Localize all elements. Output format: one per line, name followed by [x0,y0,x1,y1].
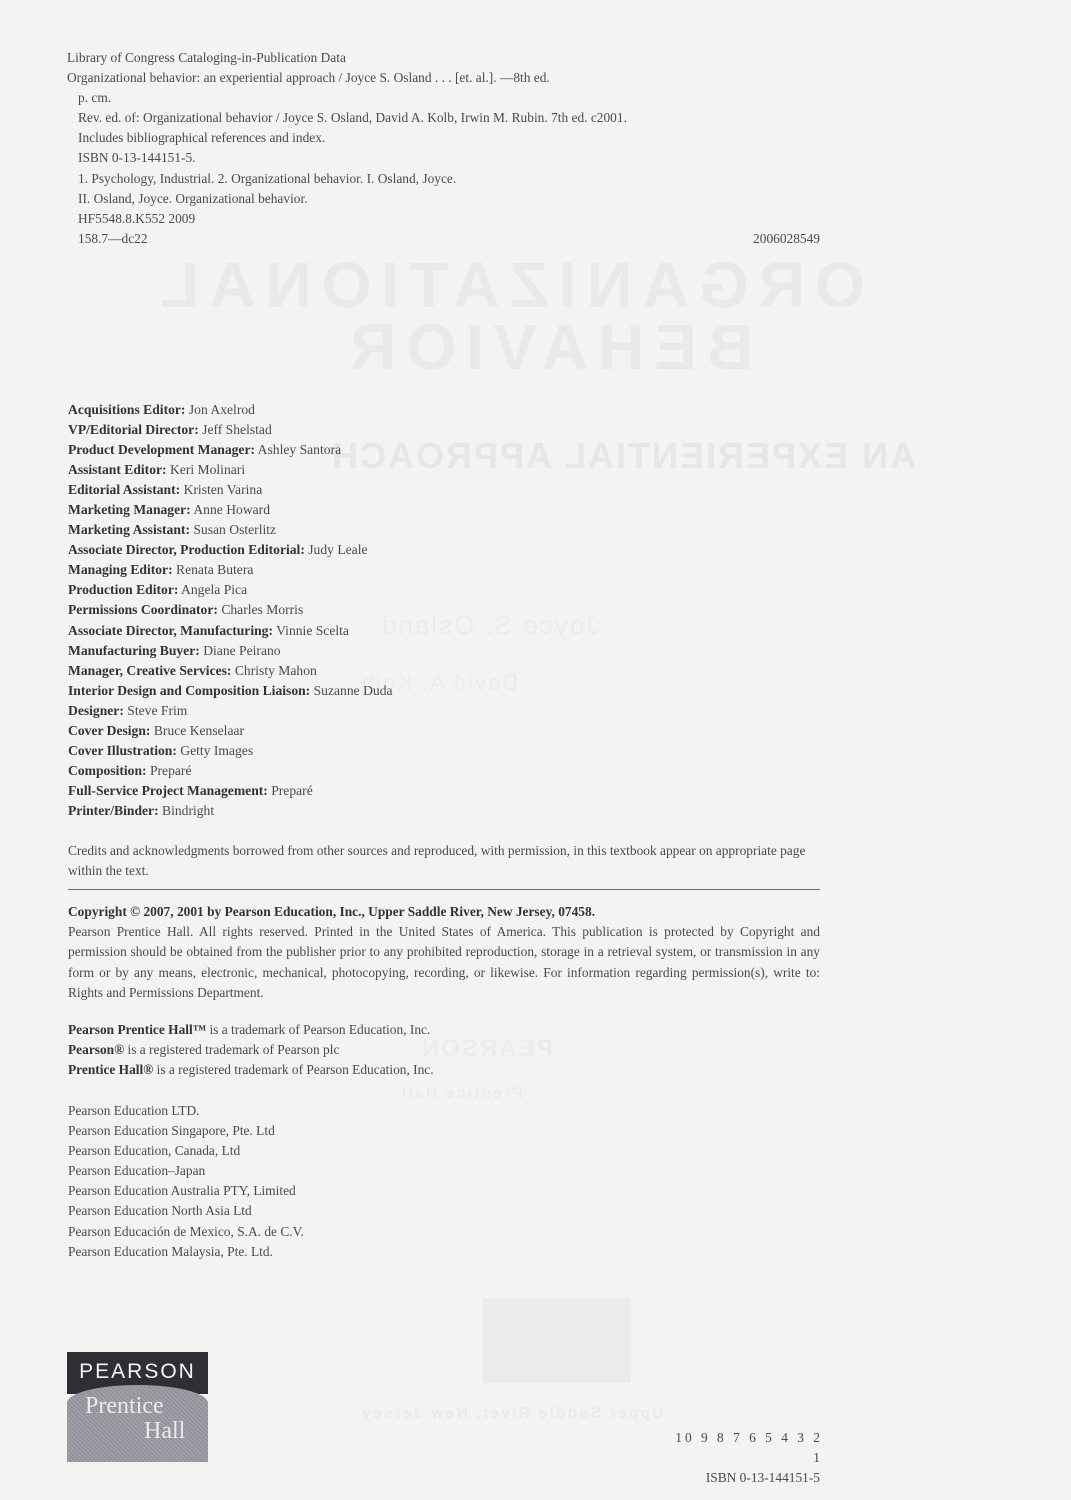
imprint-isbn: ISBN 0-13-144151-5 [660,1468,820,1488]
credit-row: Managing Editor: Renata Butera [68,560,393,580]
credit-name: Jeff Shelstad [202,422,272,437]
credit-role: Assistant Editor: [68,462,167,477]
divider-rule [68,889,820,890]
credit-name: Diane Peirano [203,643,280,658]
credit-name: Vinnie Scelta [276,623,349,638]
bleed-through-location: Upper Saddle River, New Jersey [360,1405,664,1423]
office-item: Pearson Educación de Mexico, S.A. de C.V… [68,1222,304,1242]
credit-row: Cover Illustration: Getty Images [68,741,393,761]
credit-role: Interior Design and Composition Liaison: [68,683,310,698]
credit-role: Associate Director, Manufacturing: [68,623,273,638]
credit-role: Manufacturing Buyer: [68,643,200,658]
credit-row: Manufacturing Buyer: Diane Peirano [68,641,393,661]
credit-role: Editorial Assistant: [68,482,180,497]
trademark-line: Pearson® is a registered trademark of Pe… [68,1040,434,1060]
credit-row: Production Editor: Angela Pica [68,580,393,600]
credit-role: Printer/Binder: [68,803,159,818]
credit-role: Acquisitions Editor: [68,402,185,417]
credit-name: Preparé [271,783,313,798]
credit-name: Angela Pica [181,582,247,597]
bleed-through-title-2: BEHAVIOR [340,310,753,384]
cip-heading: Library of Congress Cataloging-in-Public… [67,48,827,68]
cip-main-entry: Organizational behavior: an experiential… [67,68,827,88]
credit-row: Product Development Manager: Ashley Sant… [68,440,393,460]
credit-row: Full-Service Project Management: Preparé [68,781,393,801]
logo-hall: Hall [144,1418,185,1444]
office-item: Pearson Education North Asia Ltd [68,1201,304,1221]
credit-name: Charles Morris [221,602,303,617]
credit-role: Managing Editor: [68,562,173,577]
office-item: Pearson Education, Canada, Ltd [68,1141,304,1161]
credit-row: Acquisitions Editor: Jon Axelrod [68,400,393,420]
copyright-body: Pearson Prentice Hall. All rights reserv… [68,924,820,1000]
cip-isbn: ISBN 0-13-144151-5. [67,148,827,168]
bleed-through-author-1: Joyce S. Osland [380,610,599,641]
credit-row: Editorial Assistant: Kristen Varina [68,480,393,500]
trademark-line: Prentice Hall® is a registered trademark… [68,1060,434,1080]
credit-name: Kristen Varina [184,482,263,497]
bleed-through-subtitle: AN EXPERIENTIAL APPROACH [330,435,916,477]
credit-row: Printer/Binder: Bindright [68,801,393,821]
credit-role: Permissions Coordinator: [68,602,218,617]
credit-name: Christy Mahon [235,663,317,678]
credit-name: Judy Leale [308,542,367,557]
credit-role: Manager, Creative Services: [68,663,231,678]
credit-name: Preparé [150,763,192,778]
trademark-mark: Pearson® [68,1042,124,1057]
acknowledgment-note: Credits and acknowledgments borrowed fro… [68,841,820,881]
credit-name: Anne Howard [193,502,270,517]
credit-role: Cover Illustration: [68,743,177,758]
credit-row: Marketing Assistant: Susan Osterlitz [68,520,393,540]
copyright-block: Copyright © 2007, 2001 by Pearson Educat… [68,902,820,1003]
pearson-prentice-hall-logo: PEARSON Prentice Hall [67,1352,208,1462]
credit-row: Composition: Preparé [68,761,393,781]
cip-note-revision: Rev. ed. of: Organizational behavior / J… [67,108,827,128]
credit-role: Production Editor: [68,582,178,597]
trademark-text: is a trademark of Pearson Education, Inc… [206,1022,430,1037]
credit-role: Associate Director, Production Editorial… [68,542,305,557]
credit-role: Marketing Manager: [68,502,191,517]
office-item: Pearson Education Malaysia, Pte. Ltd. [68,1242,304,1262]
cip-added-entry: II. Osland, Joyce. Organizational behavi… [67,189,827,209]
office-item: Pearson Education–Japan [68,1161,304,1181]
cip-dewey: 158.7—dc22 [78,229,148,249]
credit-name: Bindright [162,803,214,818]
cip-lccn: 2006028549 [753,229,820,249]
credit-name: Bruce Kenselaar [154,723,244,738]
cip-data-block: Library of Congress Cataloging-in-Public… [67,48,827,249]
office-item: Pearson Education Singapore, Pte. Ltd [68,1121,304,1141]
bleed-through-publisher: PEARSON [420,1035,553,1063]
cip-physical: p. cm. [67,88,827,108]
credit-row: Cover Design: Bruce Kenselaar [68,721,393,741]
credit-name: Ashley Santora [258,442,341,457]
credit-row: Marketing Manager: Anne Howard [68,500,393,520]
credit-name: Susan Osterlitz [193,522,276,537]
credit-name: Suzanne Duda [314,683,393,698]
credit-role: Product Development Manager: [68,442,255,457]
credit-role: Full-Service Project Management: [68,783,268,798]
credit-role: Designer: [68,703,124,718]
credit-role: Marketing Assistant: [68,522,190,537]
credit-row: Interior Design and Composition Liaison:… [68,681,393,701]
credit-row: Associate Director, Production Editorial… [68,540,393,560]
cip-subjects: 1. Psychology, Industrial. 2. Organizati… [67,169,827,189]
staff-credits: Acquisitions Editor: Jon AxelrodVP/Edito… [68,400,393,821]
credit-name: Renata Butera [176,562,253,577]
trademark-notices: Pearson Prentice Hall™ is a trademark of… [68,1020,434,1080]
trademark-text: is a registered trademark of Pearson Edu… [153,1062,433,1077]
trademark-line: Pearson Prentice Hall™ is a trademark of… [68,1020,434,1040]
credit-row: Designer: Steve Frim [68,701,393,721]
credit-row: Permissions Coordinator: Charles Morris [68,600,393,620]
trademark-mark: Pearson Prentice Hall™ [68,1022,206,1037]
cip-lc-class: HF5548.8.K552 2009 [67,209,827,229]
office-item: Pearson Education Australia PTY, Limited [68,1181,304,1201]
credit-name: Keri Molinari [170,462,245,477]
credit-role: VP/Editorial Director: [68,422,199,437]
credit-row: Associate Director, Manufacturing: Vinni… [68,621,393,641]
logo-prentice: Prentice [85,1393,164,1419]
credit-name: Getty Images [180,743,253,758]
trademark-mark: Prentice Hall® [68,1062,153,1077]
credit-role: Cover Design: [68,723,150,738]
bleed-through-logo [483,1298,631,1383]
printing-imprint: 10 9 8 7 6 5 4 3 2 1 ISBN 0-13-144151-5 [660,1428,820,1488]
credit-name: Steve Frim [127,703,187,718]
copyright-heading: Copyright © 2007, 2001 by Pearson Educat… [68,902,820,922]
trademark-text: is a registered trademark of Pearson plc [124,1042,339,1057]
bleed-through-imprint: Prentice Hall [400,1085,523,1103]
cip-note-bibliography: Includes bibliographical references and … [67,128,827,148]
office-item: Pearson Education LTD. [68,1101,304,1121]
credit-row: Assistant Editor: Keri Molinari [68,460,393,480]
pearson-offices-list: Pearson Education LTD.Pearson Education … [68,1101,304,1262]
credit-name: Jon Axelrod [189,402,255,417]
credit-row: Manager, Creative Services: Christy Maho… [68,661,393,681]
credit-row: VP/Editorial Director: Jeff Shelstad [68,420,393,440]
print-line: 10 9 8 7 6 5 4 3 2 1 [660,1428,823,1468]
credit-role: Composition: [68,763,147,778]
